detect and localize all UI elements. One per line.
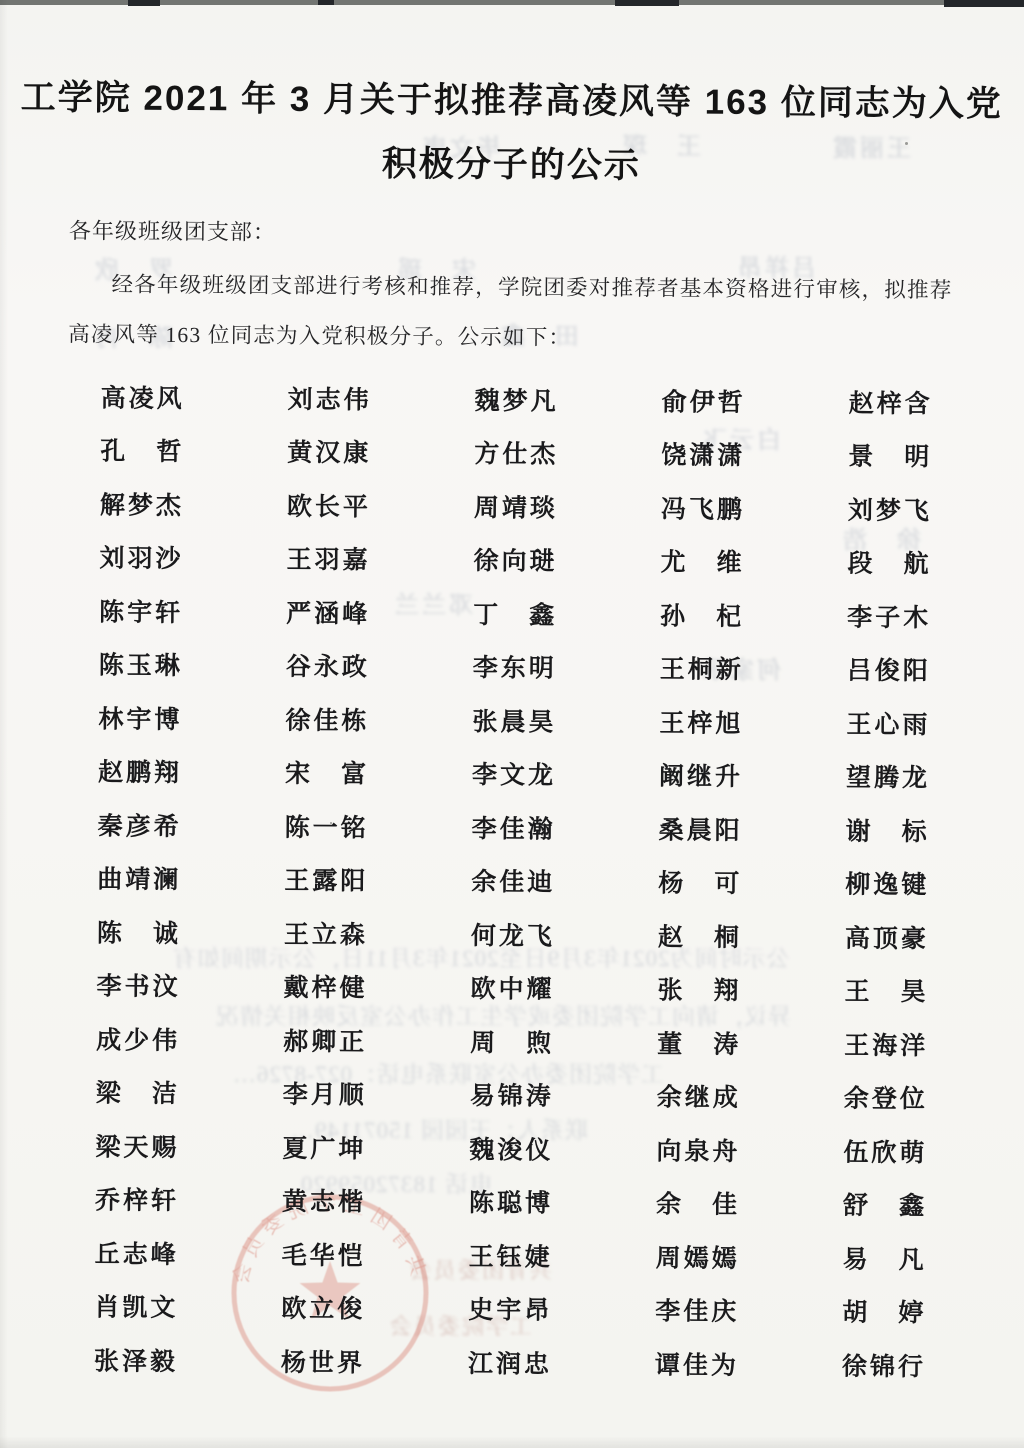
person-name: 史宇昂 [468, 1282, 655, 1337]
person-name: 赵鹏翔 [98, 744, 285, 799]
person-name: 李东明 [473, 640, 660, 695]
person-name: 向泉舟 [656, 1122, 843, 1177]
person-name: 余继成 [657, 1069, 844, 1124]
person-name: 戴梓健 [283, 959, 470, 1014]
person-name: 谷永政 [286, 638, 473, 693]
person-name: 陈宇轩 [99, 583, 286, 638]
person-name: 丁 鑫 [473, 586, 660, 641]
person-name: 林宇博 [98, 690, 285, 745]
person-name: 吕俊阳 [847, 642, 1024, 697]
person-name: 段 航 [847, 535, 1024, 590]
person-name: 陈 诚 [97, 904, 284, 959]
person-name: 刘梦飞 [848, 482, 1024, 537]
body-paragraph: 经各年级班级团支部进行考核和推荐，学院团委对推荐者基本资格进行审核，拟推荐高凌风… [68, 259, 953, 365]
person-name: 魏梦凡 [475, 372, 662, 427]
person-name: 郝卿正 [283, 1013, 470, 1068]
person-name: 刘羽沙 [99, 530, 286, 585]
person-name: 景 明 [848, 428, 1024, 483]
document-content: 工学院 2021 年 3 月关于拟推荐高凌风等 163 位同志为入党 积极分子的… [0, 0, 1024, 1392]
person-name: 孔 哲 [100, 423, 287, 478]
person-name: 李佳瀚 [472, 800, 659, 855]
person-name: 江润忠 [468, 1335, 655, 1390]
person-name: 陈一铭 [285, 799, 472, 854]
person-name: 成少伟 [96, 1011, 283, 1066]
name-table: 高凌风刘志伟魏梦凡俞伊哲赵梓含孔 哲黄汉康方仕杰饶潇潇景 明解梦杰欧长平周靖琰冯… [94, 369, 1022, 1392]
person-name: 梁天赐 [95, 1118, 282, 1173]
person-name: 孙 杞 [660, 587, 847, 642]
person-name: 舒 鑫 [843, 1177, 1024, 1232]
person-name: 杨 可 [658, 855, 845, 910]
person-name: 周嫣嫣 [656, 1229, 843, 1284]
person-name: 杨世界 [281, 1334, 468, 1389]
person-name: 高凌风 [101, 369, 288, 424]
person-name: 解梦杰 [100, 476, 287, 531]
document-title: 工学院 2021 年 3 月关于拟推荐高凌风等 163 位同志为入党 积极分子的… [0, 66, 1024, 201]
person-name: 李子木 [847, 589, 1024, 644]
person-name: 陈玉琳 [99, 637, 286, 692]
person-name: 徐向琎 [473, 533, 660, 588]
person-name: 欧长平 [287, 478, 474, 533]
person-name: 王立森 [284, 906, 471, 961]
person-name: 赵梓含 [849, 375, 1024, 430]
person-name: 李佳庆 [655, 1283, 842, 1338]
person-name: 黄汉康 [287, 424, 474, 479]
person-name: 梁 洁 [96, 1065, 283, 1120]
person-name: 王桐新 [660, 641, 847, 696]
salutation: 各年级班级团支部： [69, 214, 1023, 252]
person-name: 欧立俊 [281, 1280, 468, 1335]
person-name: 方仕杰 [474, 426, 661, 481]
person-name: 曲靖澜 [97, 851, 284, 906]
person-name: 周 煦 [470, 1014, 657, 1069]
person-name: 何龙飞 [471, 907, 658, 962]
person-name: 伍欣萌 [843, 1124, 1024, 1179]
person-name: 董 涛 [657, 1015, 844, 1070]
person-name: 饶潇潇 [661, 427, 848, 482]
person-name: 王海洋 [844, 1017, 1024, 1072]
person-name: 余登位 [844, 1070, 1024, 1125]
person-name: 王梓旭 [659, 694, 846, 749]
person-name: 张泽毅 [94, 1332, 281, 1387]
scanned-document-page: { "document": { "title_line1": "工学院 2021… [0, 0, 1024, 1448]
person-name: 周靖琰 [474, 479, 661, 534]
person-name: 李文龙 [472, 747, 659, 802]
person-name: 冯飞鹏 [661, 480, 848, 535]
person-name: 余佳迪 [471, 854, 658, 909]
person-name: 高顶豪 [845, 910, 1024, 965]
person-name: 桑晨阳 [659, 801, 846, 856]
person-name: 陈聪博 [469, 1175, 656, 1230]
person-name: 李书汶 [96, 958, 283, 1013]
person-name: 丘志峰 [95, 1225, 282, 1280]
person-name: 俞伊哲 [662, 373, 849, 428]
person-name: 易锦涛 [470, 1068, 657, 1123]
person-name: 王 昊 [844, 963, 1024, 1018]
person-name: 肖凯文 [94, 1279, 281, 1334]
person-name: 王心雨 [846, 696, 1024, 751]
person-name: 乔梓轩 [95, 1172, 282, 1227]
person-name: 张晨昊 [472, 693, 659, 748]
person-name: 宋 富 [285, 745, 472, 800]
person-name: 严涵峰 [286, 585, 473, 640]
person-name: 谭佳为 [655, 1336, 842, 1391]
document-title-line-2: 积极分子的公示 [0, 130, 1024, 201]
person-name: 余 佳 [656, 1176, 843, 1231]
scan-bottom-edge [0, 1436, 1024, 1448]
person-name: 秦彦希 [98, 797, 285, 852]
person-name: 王钰婕 [469, 1228, 656, 1283]
person-name: 尤 维 [660, 534, 847, 589]
person-name: 赵 桐 [658, 908, 845, 963]
person-name: 夏广坤 [282, 1120, 469, 1175]
person-name: 望腾龙 [846, 749, 1024, 804]
person-name: 王露阳 [284, 852, 471, 907]
person-name: 胡 婷 [842, 1284, 1024, 1339]
person-name: 徐佳栋 [285, 692, 472, 747]
person-name: 徐锦行 [842, 1338, 1024, 1393]
person-name: 易 凡 [843, 1231, 1024, 1286]
person-name: 阚继升 [659, 748, 846, 803]
person-name: 刘志伟 [288, 371, 475, 426]
person-name: 魏浚仪 [469, 1121, 656, 1176]
person-name: 李月顺 [283, 1066, 470, 1121]
person-name: 王羽嘉 [286, 531, 473, 586]
person-name: 张 翔 [657, 962, 844, 1017]
person-name: 毛华恺 [282, 1227, 469, 1282]
person-name: 欧中耀 [470, 961, 657, 1016]
person-name: 谢 标 [846, 803, 1024, 858]
person-name: 柳逸键 [845, 856, 1024, 911]
person-name: 黄志楷 [282, 1173, 469, 1228]
document-title-line-1: 工学院 2021 年 3 月关于拟推荐高凌风等 163 位同志为入党 [0, 66, 1024, 137]
